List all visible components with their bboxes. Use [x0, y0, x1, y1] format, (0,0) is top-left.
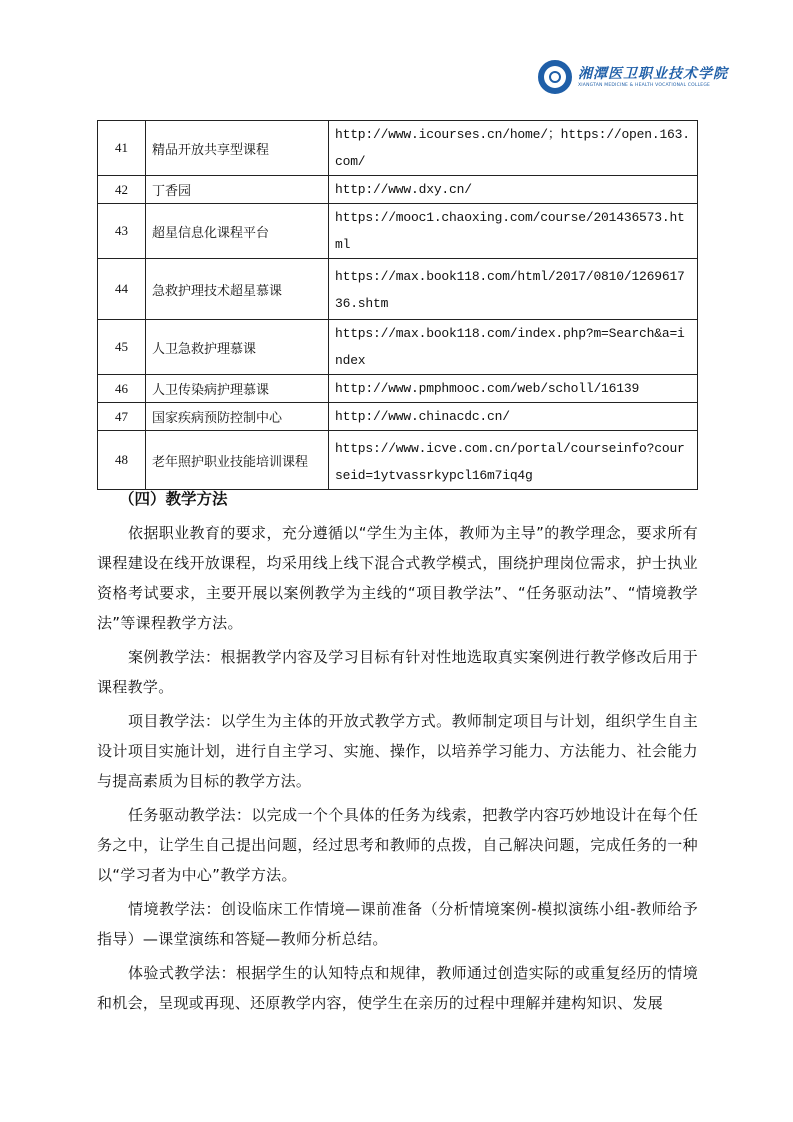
college-name-cn: 湘潭医卫职业技术学院	[578, 66, 728, 82]
row-number: 48	[98, 431, 146, 490]
row-number: 41	[98, 121, 146, 176]
college-name: 湘潭医卫职业技术学院 XIANGTAN MEDICINE & HEALTH VO…	[578, 66, 728, 89]
table-row: 44急救护理技术超星慕课https://max.book118.com/html…	[98, 259, 698, 320]
row-number: 46	[98, 375, 146, 403]
row-number: 42	[98, 176, 146, 204]
resource-name: 人卫急救护理慕课	[146, 320, 329, 375]
paragraph-situational-method: 情境教学法：创设临床工作情境—课前准备（分析情境案例-模拟演练小组-教师给予指导…	[97, 894, 698, 954]
resource-name: 急救护理技术超星慕课	[146, 259, 329, 320]
resource-name: 人卫传染病护理慕课	[146, 375, 329, 403]
resource-name: 精品开放共享型课程	[146, 121, 329, 176]
resource-name: 超星信息化课程平台	[146, 204, 329, 259]
row-number: 47	[98, 403, 146, 431]
paragraph-case-method: 案例教学法：根据教学内容及学习目标有针对性地选取真实案例进行教学修改后用于课程教…	[97, 642, 698, 702]
table-row: 42丁香园http://www.dxy.cn/	[98, 176, 698, 204]
table-row: 46人卫传染病护理慕课http://www.pmphmooc.com/web/s…	[98, 375, 698, 403]
row-number: 44	[98, 259, 146, 320]
teaching-methods-section: （四）教学方法 依据职业教育的要求，充分遵循以“学生为主体，教师为主导”的教学理…	[97, 484, 698, 1022]
paragraph-experiential-method: 体验式教学法：根据学生的认知特点和规律，教师通过创造实际的或重复经历的情境和机会…	[97, 958, 698, 1018]
paragraph-intro: 依据职业教育的要求，充分遵循以“学生为主体，教师为主导”的教学理念，要求所有课程…	[97, 518, 698, 638]
resource-url[interactable]: http://www.chinacdc.cn/	[329, 403, 698, 431]
table-row: 48老年照护职业技能培训课程https://www.icve.com.cn/po…	[98, 431, 698, 490]
section-heading: （四）教学方法	[119, 484, 698, 514]
resource-url[interactable]: https://mooc1.chaoxing.com/course/201436…	[329, 204, 698, 259]
paragraph-project-method: 项目教学法：以学生为主体的开放式教学方式。教师制定项目与计划，组织学生自主设计项…	[97, 706, 698, 796]
paragraph-task-driven-method: 任务驱动教学法：以完成一个个具体的任务为线索，把教学内容巧妙地设计在每个任务之中…	[97, 800, 698, 890]
resource-url[interactable]: http://www.dxy.cn/	[329, 176, 698, 204]
resource-url[interactable]: https://www.icve.com.cn/portal/courseinf…	[329, 431, 698, 490]
resource-table: 41精品开放共享型课程http://www.icourses.cn/home/；…	[97, 120, 698, 490]
resource-url[interactable]: http://www.pmphmooc.com/web/scholl/16139	[329, 375, 698, 403]
resource-url[interactable]: https://max.book118.com/index.php?m=Sear…	[329, 320, 698, 375]
resource-name: 老年照护职业技能培训课程	[146, 431, 329, 490]
table-row: 43超星信息化课程平台https://mooc1.chaoxing.com/co…	[98, 204, 698, 259]
resource-url[interactable]: https://max.book118.com/html/2017/0810/1…	[329, 259, 698, 320]
resource-name: 国家疾病预防控制中心	[146, 403, 329, 431]
college-emblem-icon	[538, 60, 572, 94]
row-number: 43	[98, 204, 146, 259]
table-row: 45人卫急救护理慕课https://max.book118.com/index.…	[98, 320, 698, 375]
resource-url[interactable]: http://www.icourses.cn/home/；https://ope…	[329, 121, 698, 176]
table-row: 47国家疾病预防控制中心http://www.chinacdc.cn/	[98, 403, 698, 431]
college-logo: 湘潭医卫职业技术学院 XIANGTAN MEDICINE & HEALTH VO…	[538, 60, 728, 94]
table-row: 41精品开放共享型课程http://www.icourses.cn/home/；…	[98, 121, 698, 176]
college-name-en: XIANGTAN MEDICINE & HEALTH VOCATIONAL CO…	[578, 82, 728, 89]
resource-name: 丁香园	[146, 176, 329, 204]
row-number: 45	[98, 320, 146, 375]
